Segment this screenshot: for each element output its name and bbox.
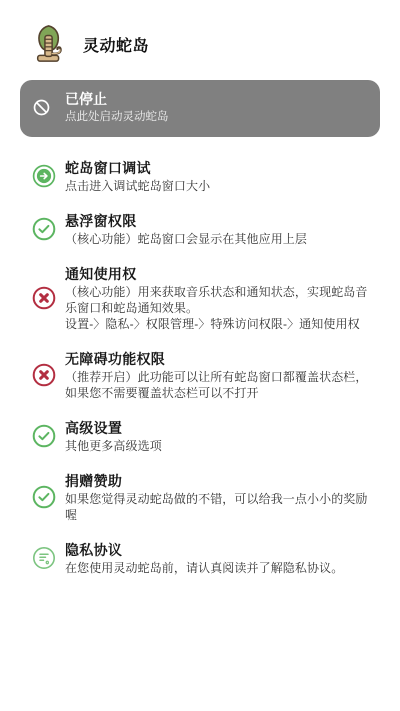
item-title: 蛇岛窗口调试 bbox=[65, 158, 210, 178]
arrow-circle-icon bbox=[32, 164, 56, 188]
check-circle-icon bbox=[32, 217, 56, 241]
item-desc: 如果您觉得灵动蛇岛做的不错，可以给我一点小小的奖励喔 bbox=[65, 491, 376, 523]
settings-list: 蛇岛窗口调试 点击进入调试蛇岛窗口大小 悬浮窗权限 （核心功能）蛇岛窗口会显示在… bbox=[0, 158, 400, 576]
item-desc: （核心功能）蛇岛窗口会显示在其他应用上层 bbox=[65, 231, 307, 247]
status-title: 已停止 bbox=[65, 91, 169, 107]
item-desc: 点击进入调试蛇岛窗口大小 bbox=[65, 178, 210, 194]
list-item-accessibility-permission[interactable]: 无障碍功能权限 （推荐开启）此功能可以让所有蛇岛窗口都覆盖状态栏，如果您不需要覆… bbox=[32, 349, 376, 401]
item-title: 高级设置 bbox=[65, 418, 162, 438]
status-banner[interactable]: 已停止 点此处启动灵动蛇岛 bbox=[20, 80, 380, 137]
prohibition-icon bbox=[33, 99, 50, 116]
item-title: 无障碍功能权限 bbox=[65, 349, 376, 369]
status-banner-text: 已停止 点此处启动灵动蛇岛 bbox=[65, 91, 169, 124]
page-title: 灵动蛇岛 bbox=[83, 33, 149, 56]
list-item-window-debug[interactable]: 蛇岛窗口调试 点击进入调试蛇岛窗口大小 bbox=[32, 158, 376, 194]
item-desc: （核心功能）用来获取音乐状态和通知状态，实现蛇岛音乐窗口和蛇岛通知效果。 设置-… bbox=[65, 284, 376, 332]
check-circle-icon bbox=[32, 485, 56, 509]
check-circle-icon bbox=[32, 424, 56, 448]
item-title: 捐赠赞助 bbox=[65, 471, 376, 491]
cross-circle-icon bbox=[32, 286, 56, 310]
item-desc: （推荐开启）此功能可以让所有蛇岛窗口都覆盖状态栏，如果您不需要覆盖状态栏可以不打… bbox=[65, 369, 376, 401]
item-title: 隐私协议 bbox=[65, 540, 343, 560]
header: 灵动蛇岛 bbox=[0, 0, 400, 64]
app-screen: 灵动蛇岛 已停止 点此处启动灵动蛇岛 蛇岛窗口调试 点击进入调试蛇岛窗口大小 bbox=[0, 0, 400, 711]
status-subtitle: 点此处启动灵动蛇岛 bbox=[65, 110, 169, 124]
privacy-doc-icon bbox=[32, 546, 56, 570]
list-item-overlay-permission[interactable]: 悬浮窗权限 （核心功能）蛇岛窗口会显示在其他应用上层 bbox=[32, 211, 376, 247]
item-desc: 在您使用灵动蛇岛前，请认真阅读并了解隐私协议。 bbox=[65, 560, 343, 576]
cross-circle-icon bbox=[32, 363, 56, 387]
list-item-privacy-policy[interactable]: 隐私协议 在您使用灵动蛇岛前，请认真阅读并了解隐私协议。 bbox=[32, 540, 376, 576]
list-item-notification-access[interactable]: 通知使用权 （核心功能）用来获取音乐状态和通知状态，实现蛇岛音乐窗口和蛇岛通知效… bbox=[32, 264, 376, 332]
list-item-donate[interactable]: 捐赠赞助 如果您觉得灵动蛇岛做的不错，可以给我一点小小的奖励喔 bbox=[32, 471, 376, 523]
item-desc: 其他更多高级选项 bbox=[65, 438, 162, 454]
item-title: 悬浮窗权限 bbox=[65, 211, 307, 231]
cobra-app-icon bbox=[32, 24, 70, 64]
item-title: 通知使用权 bbox=[65, 264, 376, 284]
list-item-advanced-settings[interactable]: 高级设置 其他更多高级选项 bbox=[32, 418, 376, 454]
